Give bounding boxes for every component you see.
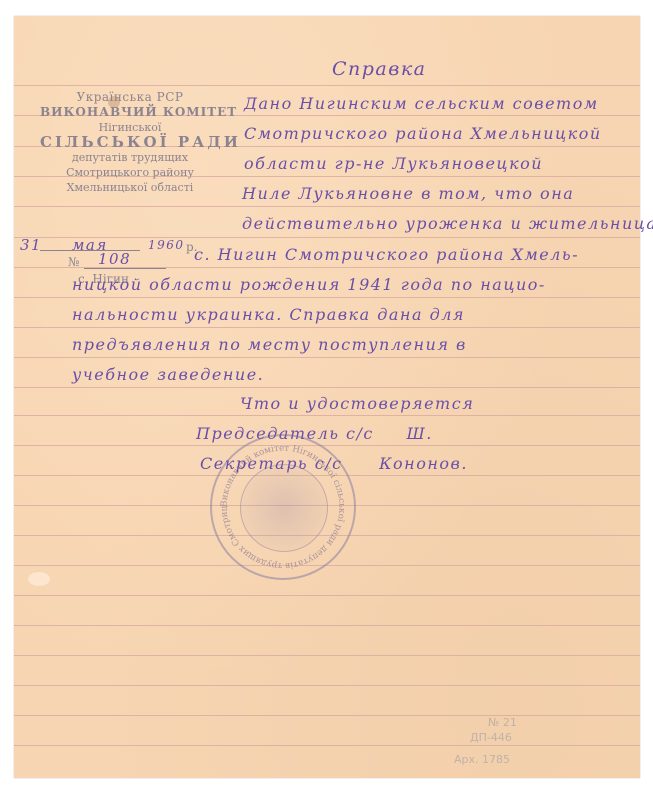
ruled-line (14, 595, 640, 596)
chairman-line: Председатель с/с Ш. (196, 424, 433, 443)
body-line: действительно уроженка и жительница (242, 214, 653, 233)
stamp-committee: ВИКОНАВЧИЙ КОМІТЕТ (40, 105, 220, 120)
ruled-line (14, 685, 640, 686)
ruled-line (14, 237, 640, 238)
stamp-district: Смотрицького району (40, 165, 220, 180)
stamp-republic: Українська РСР (40, 90, 220, 105)
number-underline (84, 268, 166, 269)
ruled-line (14, 387, 640, 388)
body-line: Дано Нигинским сельским советом (244, 94, 599, 113)
archive-mark: № 21 (488, 716, 517, 729)
letterhead-stamp: Українська РСР ВИКОНАВЧИЙ КОМІТЕТ Нігинс… (40, 90, 220, 195)
body-line: с. Нигин Смотричского района Хмель- (194, 245, 579, 264)
paper-damage (28, 572, 50, 586)
ruled-line (14, 655, 640, 656)
body-line: нальности украинка. Справка дана для (72, 305, 465, 324)
stamp-council: СІЛЬСЬКОЇ РАДИ (40, 135, 220, 150)
body-line: области гр-не Лукьяновецкой (244, 154, 543, 173)
document-title: Справка (332, 58, 427, 80)
number-value: 108 (98, 250, 131, 268)
secretary-signature: Кононов. (379, 454, 468, 473)
stamp-deputies: депутатів трудящих (40, 150, 220, 165)
ruled-line (14, 327, 640, 328)
closing-line: Что и удостоверяется (240, 394, 474, 413)
ruled-line (14, 357, 640, 358)
stamp-region: Хмельницької області (40, 180, 220, 195)
number-label: № (68, 255, 79, 269)
date-year: 1960 (148, 238, 185, 252)
ruled-line (14, 715, 640, 716)
ruled-line (14, 415, 640, 416)
archive-mark: ДП-446 (470, 731, 512, 744)
secretary-title: Секретарь с/с (200, 454, 343, 473)
document-sheet: Українська РСР ВИКОНАВЧИЙ КОМІТЕТ Нігинс… (14, 16, 640, 778)
date-day: 31 (20, 236, 42, 254)
ruled-line (14, 625, 640, 626)
body-line: предъявления по месту поступления в (72, 335, 467, 354)
chairman-signature: Ш. (406, 424, 432, 443)
chairman-title: Председатель с/с (196, 424, 374, 443)
body-line: учебное заведение. (72, 365, 264, 384)
ruled-line (14, 85, 640, 86)
secretary-line: Секретарь с/с Кононов. (200, 454, 468, 473)
archive-mark: Арх. 1785 (454, 753, 510, 766)
body-line: ницкой области рождения 1941 года по нац… (72, 275, 546, 294)
ruled-line (14, 745, 640, 746)
ruled-line (14, 206, 640, 207)
body-line: Ниле Лукьяновне в том, что она (242, 184, 574, 203)
body-line: Смотричского района Хмельницкой (244, 124, 602, 143)
ruled-line (14, 297, 640, 298)
